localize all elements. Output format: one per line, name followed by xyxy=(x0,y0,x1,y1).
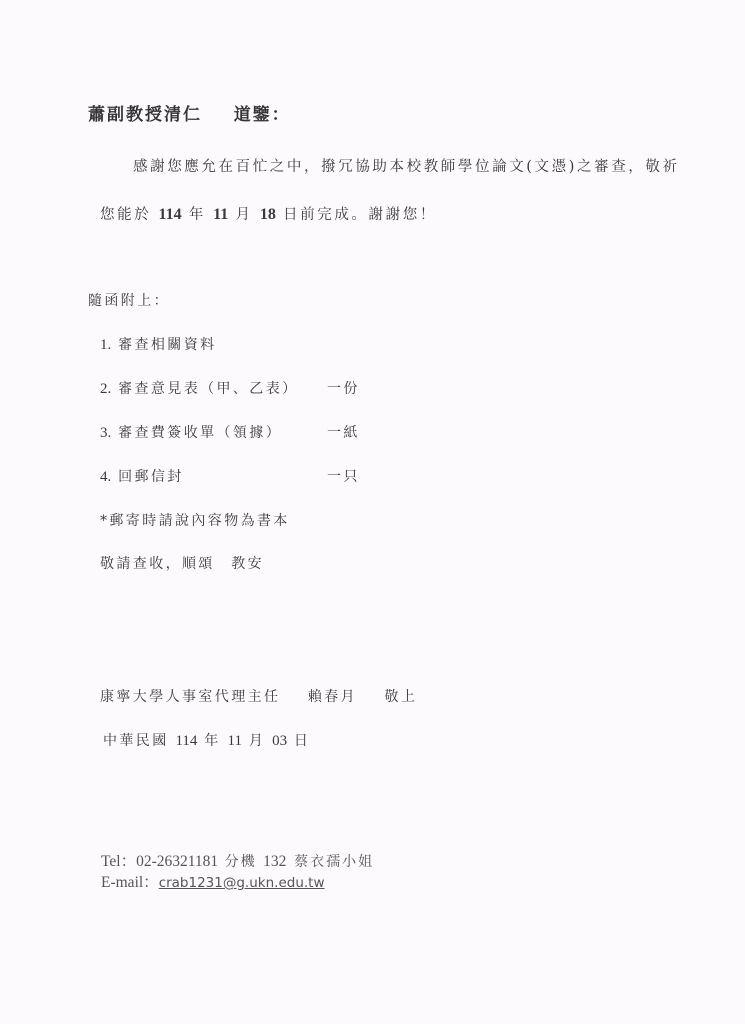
enclosure-item: 2. 審查意見表（甲、乙表） 一份 xyxy=(100,378,500,398)
contact-person: 蔡衣孺小姐 xyxy=(294,854,374,870)
greeting: 道鑒： xyxy=(234,105,291,125)
mailing-note: *郵寄時請說內容物為書本 xyxy=(100,510,290,530)
enclosure-quantity: 一只 xyxy=(327,466,360,486)
body-line-1: 感謝您應允在百忙之中，撥冗協助本校教師學位論文(文憑)之審查，敬祈 xyxy=(133,155,680,176)
contact-email: E-mail：crab1231@g.ukn.edu.tw xyxy=(101,870,325,892)
enclosure-quantity: 一份 xyxy=(327,378,360,398)
enclosure-label: 審查費簽收單（領據） xyxy=(118,425,282,441)
signer-title: 康寧大學人事室代理主任 xyxy=(100,689,280,705)
enclosure-label: 審查意見表（甲、乙表） xyxy=(118,381,298,397)
contact-phone: Tel：02-26321181 分機 132 蔡衣孺小姐 xyxy=(101,849,374,871)
body-line-2: 您能於 114 年 11 月 18 日前完成。謝謝您！ xyxy=(100,203,437,224)
deadline-day: 18 xyxy=(260,206,276,223)
signer-name: 賴春月 xyxy=(308,689,357,705)
enclosure-quantity: 一紙 xyxy=(327,422,360,442)
enclosure-label: 回郵信封 xyxy=(118,469,184,485)
signature-line: 康寧大學人事室代理主任 賴春月 敬上 xyxy=(100,686,417,706)
closing-phrase: 敬請查收，順頌 教安 xyxy=(100,553,264,573)
enclosures-heading: 隨函附上： xyxy=(88,290,170,310)
letter-date: 中華民國 114 年 11 月 03 日 xyxy=(103,730,310,750)
sign-off: 敬上 xyxy=(384,689,417,705)
enclosure-item: 4. 回郵信封 一只 xyxy=(100,466,500,486)
salutation: 蕭副教授清仁 道鑒： xyxy=(88,100,291,125)
enclosure-item: 1. 審查相關資料 xyxy=(100,334,500,354)
email-link[interactable]: crab1231@g.ukn.edu.tw xyxy=(159,875,325,891)
extension: 132 xyxy=(263,853,286,870)
recipient-name: 蕭副教授清仁 xyxy=(88,105,202,125)
phone-number: 02-26321181 xyxy=(136,853,218,870)
enclosure-item: 3. 審查費簽收單（領據） 一紙 xyxy=(100,422,500,442)
enclosure-label: 審查相關資料 xyxy=(118,337,216,353)
deadline-year: 114 xyxy=(159,206,182,223)
deadline-month: 11 xyxy=(213,206,228,223)
